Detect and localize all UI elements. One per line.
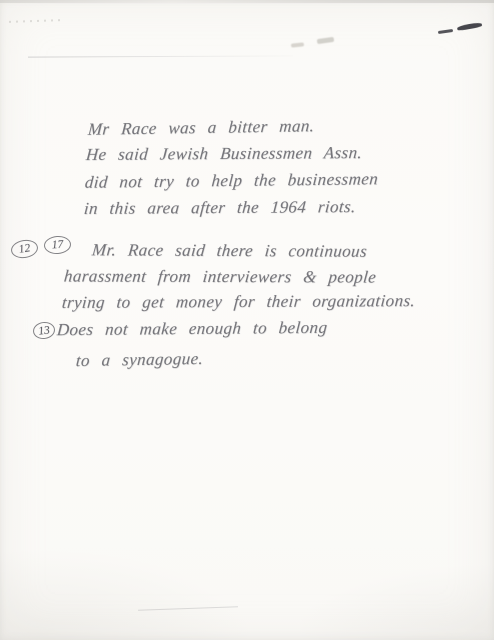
handwriting-line: Mr Race was a bitter man. <box>87 115 315 140</box>
circled-number: 17 <box>43 235 71 255</box>
circled-number: 13 <box>32 321 56 341</box>
handwriting-line: in this area after the 1964 riots. <box>83 196 357 219</box>
handwriting-line: did not try to help the businessmen <box>84 168 379 193</box>
pencil-smudge <box>438 29 453 34</box>
faint-scan-line <box>138 606 238 610</box>
handwriting-line: harassment from interviewers & people <box>63 265 377 287</box>
circled-number: 12 <box>10 238 39 260</box>
scan-crease-line <box>28 55 293 57</box>
faint-pencil-mark <box>317 37 335 44</box>
scanned-page: Mr Race was a bitter man. He said Jewish… <box>0 0 494 640</box>
handwriting-line: Does not make enough to belong <box>56 317 328 340</box>
pencil-smudge <box>457 22 482 31</box>
faint-pencil-mark <box>291 42 304 47</box>
scan-top-edge-shading <box>0 0 494 3</box>
handwriting-line: Mr. Race said there is continuous <box>91 239 368 261</box>
handwriting-line: trying to get money for their organizati… <box>61 290 416 313</box>
handwriting-line: to a synagogue. <box>75 348 204 371</box>
faint-dotted-marks <box>9 19 61 23</box>
handwriting-line: He said Jewish Businessmen Assn. <box>85 142 363 165</box>
